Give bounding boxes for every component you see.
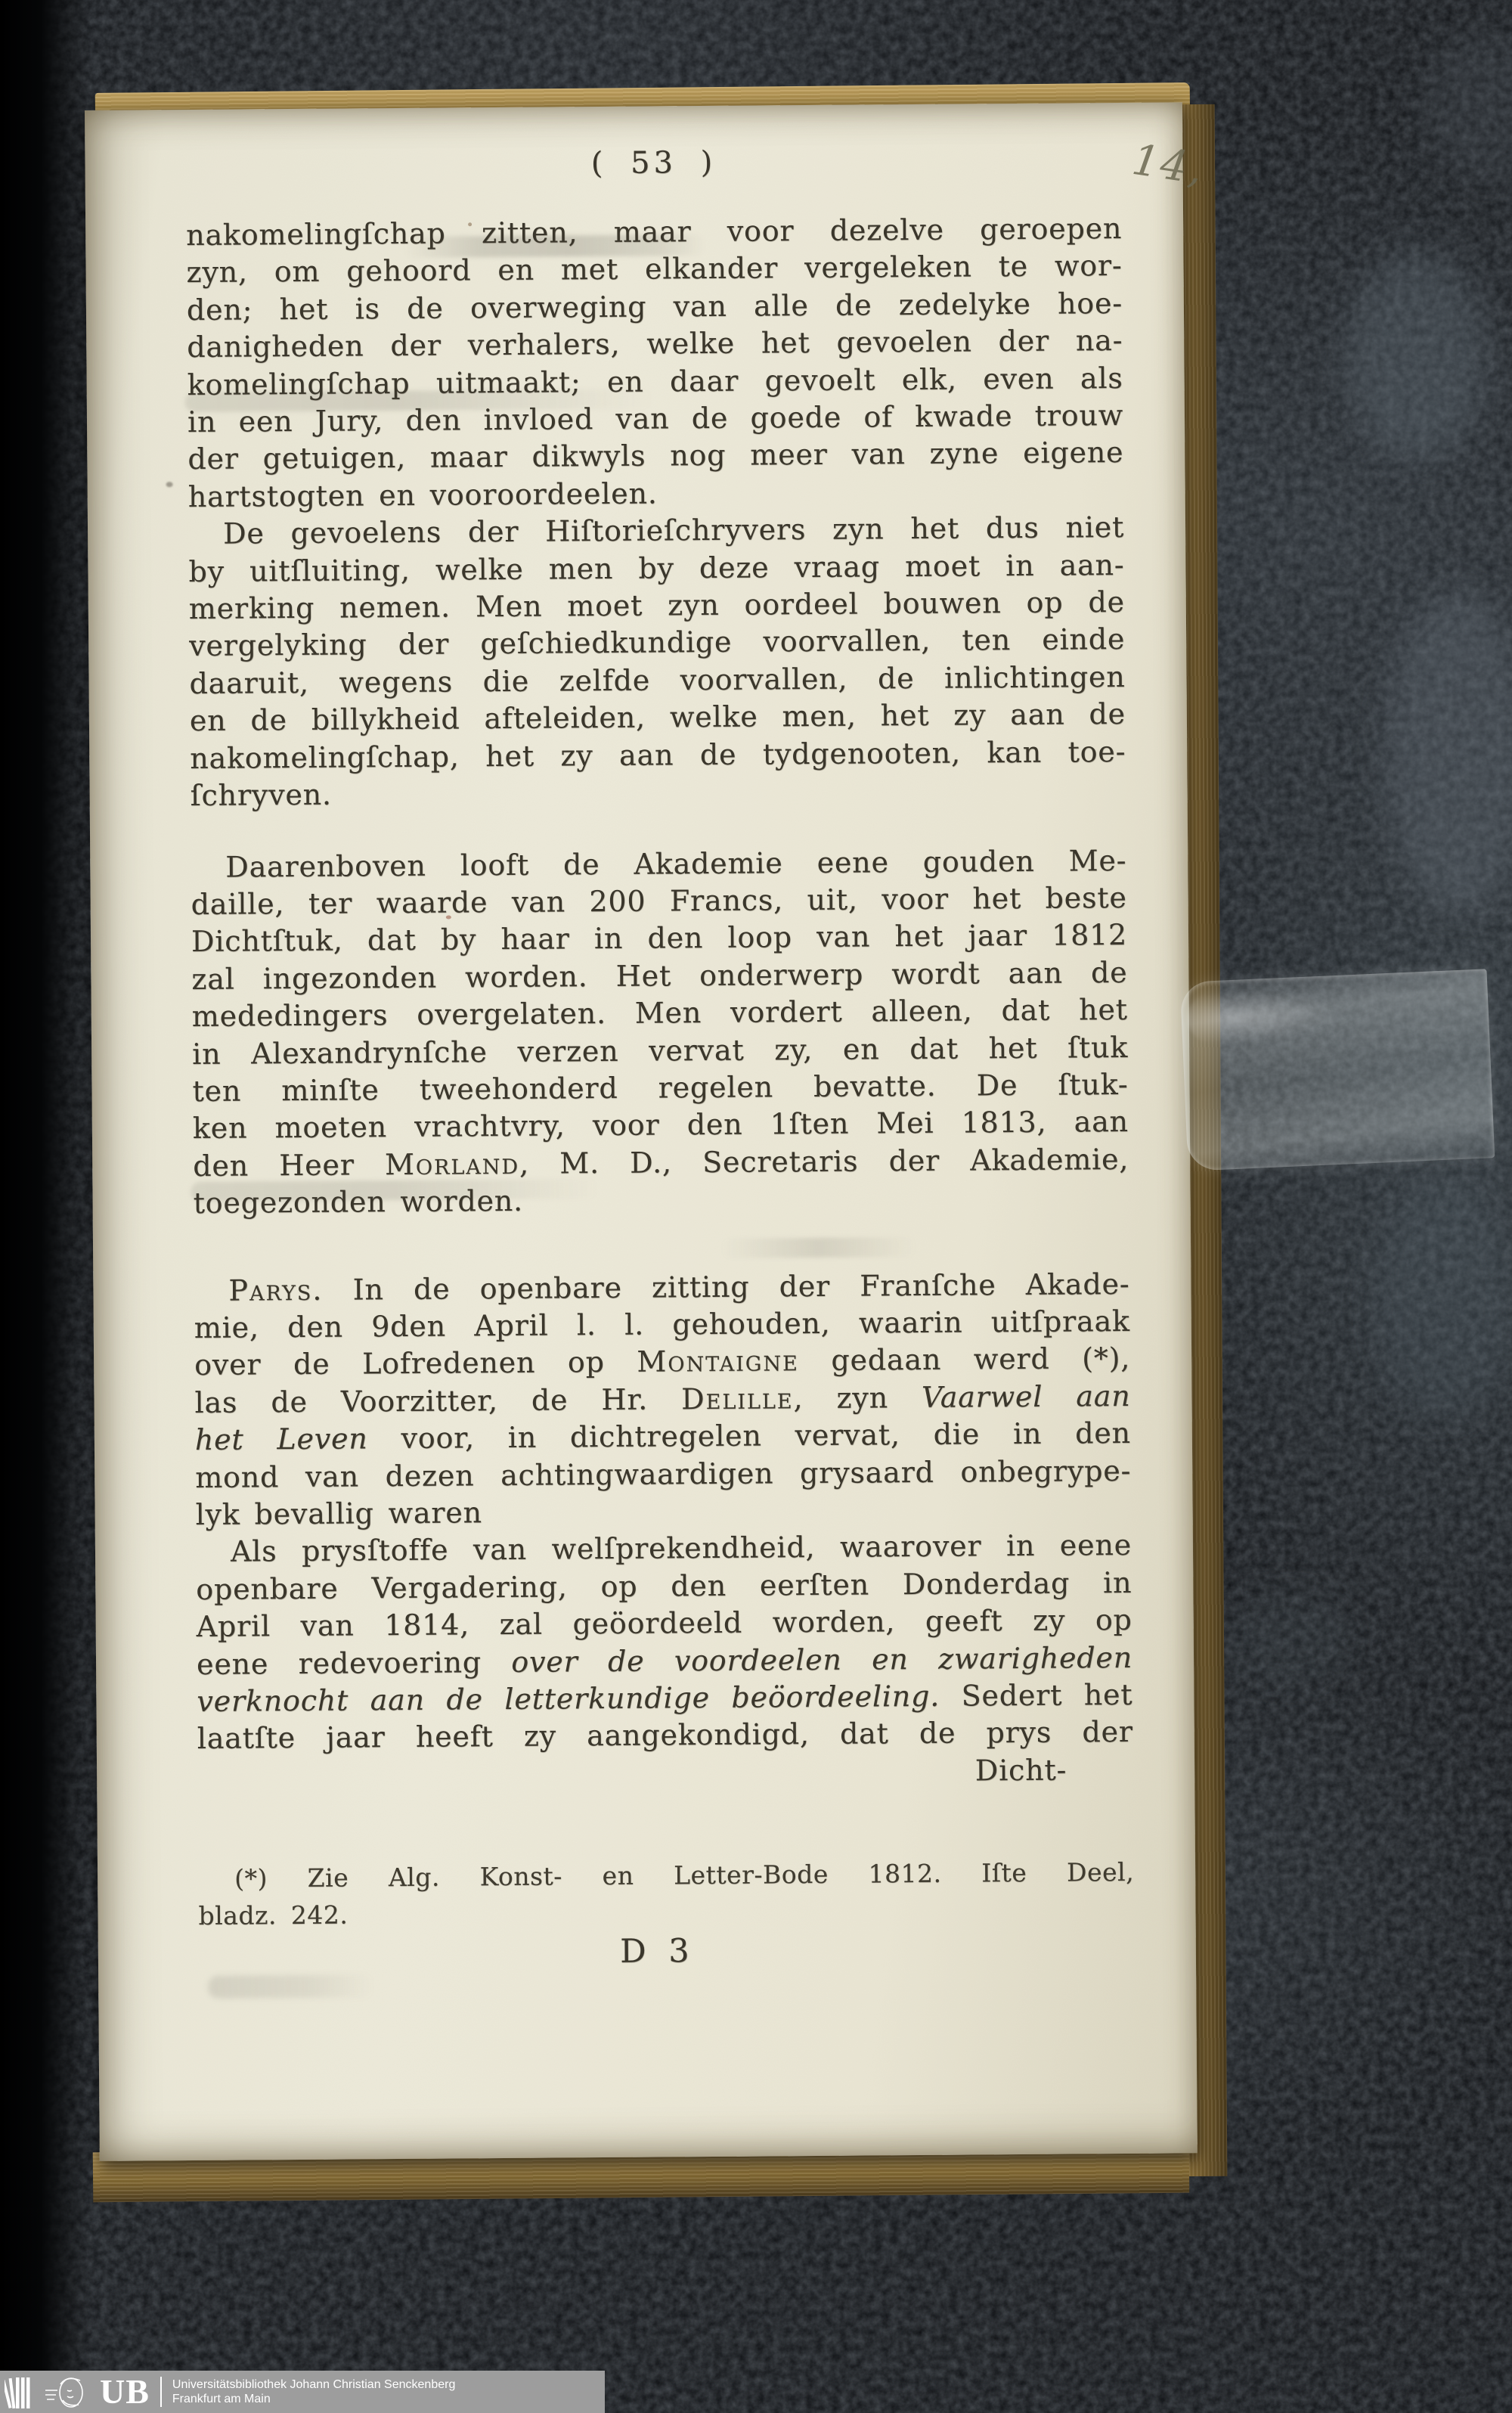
text-segment: vergelyking der geſchiedkundige voorvall… [189, 622, 1125, 662]
pencil-smudge [208, 1974, 374, 1999]
text-line: verknocht aan de letterkundige beöordeel… [197, 1676, 1132, 1720]
text-segment: merking nemen. Men moet zyn oordeel bouw… [189, 585, 1125, 625]
text-line: openbare Vergadering, op den eerſten Don… [196, 1565, 1132, 1608]
text-segment: der getuigen, maar dikwyls nog meer van … [187, 436, 1123, 476]
text-line: zyn, om gehoord en met elkander vergelek… [186, 247, 1122, 291]
text-segment: hartstogten en vooroordeelen. [188, 476, 658, 513]
text-segment: by uitſluiting, welke men by deze vraag … [188, 548, 1124, 588]
text-segment: Montaigne [637, 1344, 799, 1379]
worn-leather-patch [1421, 30, 1512, 181]
text-line: Daarenboven looft de Akademie eene goude… [191, 842, 1126, 885]
text-segment: den Heer [193, 1148, 385, 1183]
text-segment: lyk bevallig waren [195, 1496, 482, 1531]
text-line: Dichtſtuk, dat by haar in den loop van h… [191, 917, 1127, 960]
text-segment: toegezonden worden. [193, 1184, 523, 1220]
text-line: daaruit, wegens die zelfde voorvallen, d… [189, 659, 1125, 702]
text-segment: in een Jury, den invloed van de goede of… [187, 399, 1123, 439]
text-segment: over de voordeelen en zwarigheden [511, 1641, 1132, 1679]
text-segment: April van 1814, zal geöordeeld worden, g… [197, 1603, 1132, 1643]
catchword: Dicht- [197, 1751, 1133, 1795]
scanned-book-page: ( 53 ) 14, nakomelingſchap zitten, maar … [0, 0, 1512, 2413]
text-segment: , M. D., Secretaris der Akademie, [519, 1143, 1129, 1180]
text-segment: het Leven [195, 1422, 368, 1456]
text-segment: Vaarwel aan [922, 1379, 1131, 1414]
footnote-line-2: bladz. 242. [198, 1890, 1134, 1934]
text-segment: daille, ter waarde van 200 Francs, uit, … [191, 881, 1127, 921]
text-line: danigheden der verhalers, welke het gevo… [187, 322, 1123, 366]
text-segment: over de Lofredenen op [194, 1345, 637, 1382]
text-line: Parys. In de openbare zitting der Franſc… [194, 1265, 1129, 1309]
text-segment: nakomelingſchap zitten, maar voor dezelv… [186, 212, 1122, 252]
ub-logo-text: UB [100, 2374, 150, 2409]
text-line: lyk bevallig waren [195, 1490, 1131, 1534]
paper-speck [166, 482, 173, 487]
worn-leather-patch [1225, 1588, 1353, 1686]
handwritten-folio-number: 14, [1129, 135, 1207, 194]
text-segment: den; het is de overweging van alle de ze… [187, 287, 1123, 327]
text-segment: komelingſchap uitmaakt; en daar gevoelt … [187, 361, 1123, 402]
text-segment: Morland [385, 1147, 519, 1181]
text-segment: , zyn [793, 1381, 922, 1415]
text-segment: en de billykheid afteleiden, welke men, … [190, 697, 1126, 737]
text-line: Als prysſtoffe van welſprekendheid, waar… [196, 1527, 1132, 1571]
text-line: daille, ter waarde van 200 Francs, uit, … [191, 879, 1127, 923]
text-line: nakomelingſchap zitten, maar voor dezelv… [186, 210, 1122, 254]
text-line: las de Voorzitter, de Hr. Delille, zyn V… [194, 1378, 1130, 1422]
text-line: ſchryven. [190, 771, 1126, 814]
ub-books-icon [5, 2374, 32, 2409]
text-segment: danigheden der verhalers, welke het gevo… [187, 324, 1123, 364]
text-line: over de Lofredenen op Montaigne gedaan w… [194, 1340, 1130, 1384]
text-segment: daaruit, wegens die zelfde voorvallen, d… [189, 660, 1125, 700]
footnote-line-1: (*) Zie Alg. Konst- en Letter-Bode 1812.… [198, 1853, 1134, 1897]
footnote: (*) Zie Alg. Konst- en Letter-Bode 1812.… [198, 1853, 1135, 1934]
banner-text: Universitätsbibliothek Johann Christian … [172, 2377, 455, 2406]
text-line: April van 1814, zal geöordeeld worden, g… [197, 1602, 1132, 1645]
text-line: het Leven voor, in dichtregelen vervat, … [195, 1415, 1131, 1459]
portrait-icon [42, 2374, 89, 2410]
text-line: en de billykheid afteleiden, welke men, … [190, 696, 1126, 740]
text-line: zal ingezonden worden. Het onderwerp wor… [191, 954, 1127, 998]
text-segment: In de openbare zitting der Franſche Akad… [323, 1267, 1129, 1306]
text-segment: Dichtſtuk, dat by haar in den loop van h… [191, 918, 1127, 958]
text-segment: mie, den 9den April l. l. gehouden, waar… [194, 1304, 1130, 1345]
text-segment: mond van dezen achtingwaardigen grysaard… [195, 1453, 1131, 1493]
text-line: laatſte jaar heeft zy aangekondigd, dat … [197, 1714, 1133, 1757]
banner-divider [160, 2377, 162, 2407]
text-line: ken moeten vrachtvry, voor den 1ſten Mei… [193, 1103, 1129, 1147]
text-line: komelingſchap uitmaakt; en daar gevoelt … [187, 360, 1123, 404]
text-line: merking nemen. Men moet zyn oordeel bouw… [189, 584, 1125, 628]
worn-leather-patch [1372, 1180, 1512, 1422]
text-line: den; het is de overweging van alle de ze… [187, 285, 1123, 329]
worn-leather-patch [1346, 250, 1489, 461]
paper-page: ( 53 ) 14, nakomelingſchap zitten, maar … [85, 102, 1198, 2161]
tape-highlight [1186, 986, 1340, 1046]
text-line: in Alexandrynſche verzen vervat zy, en d… [192, 1028, 1128, 1072]
text-line: nakomelingſchap, het zy aan de tydgenoot… [190, 734, 1126, 777]
text-segment: Daarenboven looft de Akademie eene goude… [225, 843, 1126, 883]
text-segment: nakomelingſchap, het zy aan de tydgenoot… [190, 735, 1126, 775]
text-segment: in Alexandrynſche verzen vervat zy, en d… [192, 1030, 1128, 1070]
text-line: hartstogten en vooroordeelen. [188, 472, 1124, 516]
text-segment: eene redevoering [197, 1645, 512, 1681]
text-line: toegezonden worden. [193, 1178, 1129, 1222]
text-line: ten minſte tweehonderd regelen bevatte. … [192, 1066, 1128, 1110]
text-segment: verknocht aan de letterkundige beöordeel… [197, 1679, 940, 1718]
text-segment: De gevoelens der Hiſtorieſchryvers zyn h… [223, 510, 1124, 551]
text-segment: zyn, om gehoord en met elkander vergelek… [186, 249, 1122, 289]
text-segment: openbare Vergadering, op den eerſten Don… [196, 1566, 1132, 1606]
text-segment: laatſte jaar heeft zy aangekondigd, dat … [197, 1715, 1133, 1755]
library-name: Universitätsbibliothek Johann Christian … [172, 2377, 455, 2392]
text-line: vergelyking der geſchiedkundige voorvall… [189, 621, 1125, 665]
text-segment: Als prysſtoffe van welſprekendheid, waar… [231, 1528, 1132, 1568]
text-segment: voor, in dichtregelen vervat, die in den [367, 1416, 1131, 1455]
text-line: De gevoelens der Hiſtorieſchryvers zyn h… [188, 509, 1124, 553]
text-line: der getuigen, maar dikwyls nog meer van … [187, 434, 1123, 478]
signature-mark: D 3 [187, 1929, 1123, 1974]
text-line: mond van dezen achtingwaardigen grysaard… [195, 1452, 1131, 1496]
text-segment: las de Voorzitter, de Hr. [194, 1382, 681, 1419]
text-line: by uitſluiting, welke men by deze vraag … [188, 547, 1124, 591]
text-segment: Sedert het [940, 1678, 1133, 1713]
text-line: eene redevoering over de voordeelen en z… [197, 1639, 1132, 1683]
text-segment: Parys. [228, 1273, 323, 1307]
library-banner: UB Universitätsbibliothek Johann Christi… [0, 2371, 605, 2413]
text-line: den Heer Morland, M. D., Secretaris der … [193, 1141, 1129, 1185]
worn-leather-patch [1383, 590, 1512, 915]
library-location: Frankfurt am Main [172, 2392, 455, 2406]
text-segment: mededingers overgelaten. Men vordert all… [192, 993, 1128, 1033]
text-segment: ten minſte tweehonderd regelen bevatte. … [192, 1068, 1128, 1108]
text-segment: zal ingezonden worden. Het onderwerp wor… [191, 956, 1127, 996]
text-segment: ken moeten vrachtvry, voor den 1ſten Mei… [193, 1105, 1129, 1145]
tape-strip [1180, 969, 1495, 1171]
book-gutter-shadow [0, 0, 91, 2413]
text-line: mededingers overgelaten. Men vordert all… [192, 991, 1128, 1035]
text-segment: Delille [681, 1382, 794, 1416]
text-line: in een Jury, den invloed van de goede of… [187, 397, 1123, 441]
page-number-header: ( 53 ) [185, 142, 1121, 184]
page-body-text: nakomelingſchap zitten, maar voor dezelv… [186, 210, 1135, 1974]
text-segment: ſchryven. [190, 778, 331, 812]
text-line: mie, den 9den April l. l. gehouden, waar… [194, 1303, 1130, 1347]
text-segment: gedaan werd (*), [799, 1341, 1131, 1377]
